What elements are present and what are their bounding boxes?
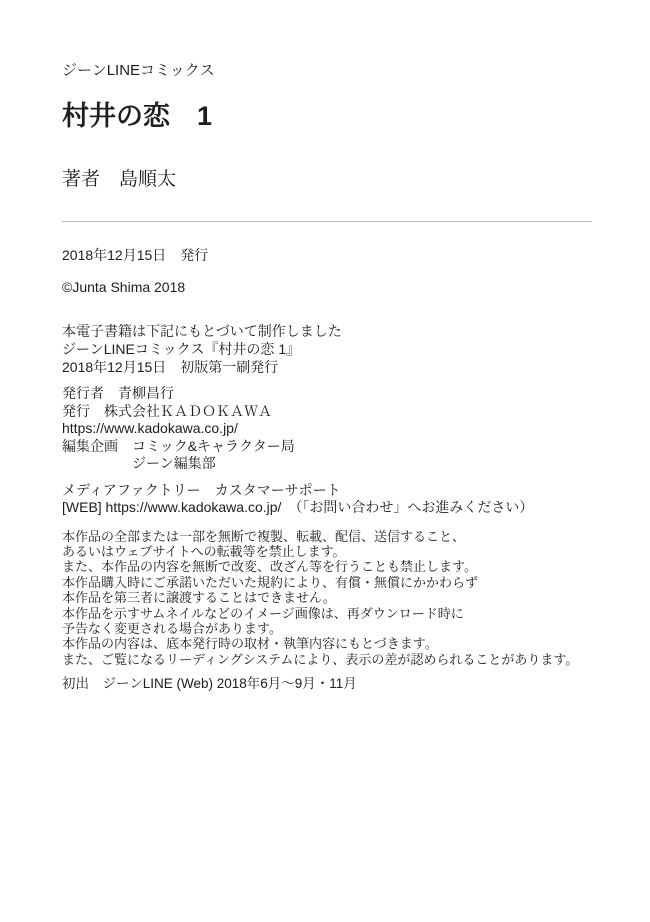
author-line: 著者 島順太 [62,168,592,191]
copyright-notice: ©Junta Shima 2018 [62,278,592,296]
colophon-page: ジーンLINEコミックス 村井の恋 1 著者 島順太 2018年12月15日 発… [0,0,650,922]
publisher-line: 発行 株式会社ＫＡＤＯＫＡＷＡ [62,403,592,421]
legal-line: 本作品を示すサムネイルなどのイメージ画像は、再ダウンロード時に [62,606,592,621]
legal-line: 本作品の内容は、底本発行時の取材・執筆内容にもとづきます。 [62,636,592,651]
first-publication-line: 初出 ジーンLINE (Web) 2018年6月～9月・11月 [62,675,592,692]
publisher-line: 編集企画 コミック&キャラクター局 [62,438,592,456]
publisher-line: 発行者 青柳昌行 [62,385,592,403]
production-note-line: 本電子書籍は下記にもとづいて制作しました [62,322,592,340]
legal-line: 本作品の全部または一部を無断で複製、転載、配信、送信すること、 [62,529,592,544]
legal-line: 本作品を第三者に譲渡することはできません。 [62,590,592,605]
book-title: 村井の恋 1 [62,99,592,133]
support-info: メディアファクトリー カスタマーサポート [WEB] https://www.k… [62,482,592,517]
divider-rule [62,221,592,222]
publisher-info: 発行者 青柳昌行 発行 株式会社ＫＡＤＯＫＡＷＡ https://www.kad… [62,385,592,473]
publisher-url: https://www.kadokawa.co.jp/ [62,420,592,438]
production-note-line: 2018年12月15日 初版第一刷発行 [62,358,592,376]
publication-date: 2018年12月15日 発行 [62,246,592,264]
production-note-line: ジーンLINEコミックス『村井の恋 1』 [62,340,592,358]
production-note: 本電子書籍は下記にもとづいて制作しました ジーンLINEコミックス『村井の恋 1… [62,322,592,376]
publisher-line: ジーン編集部 [62,455,592,473]
legal-line: また、ご覧になるリーディングシステムにより、表示の差が認められることがあります。 [62,652,592,667]
legal-line: また、本作品の内容を無断で改変、改ざん等を行うことも禁止します。 [62,559,592,574]
imprint-label: ジーンLINEコミックス [62,62,592,79]
support-line: メディアファクトリー カスタマーサポート [62,482,592,500]
legal-notice: 本作品の全部または一部を無断で複製、転載、配信、送信すること、 あるいはウェブサ… [62,529,592,668]
legal-line: あるいはウェブサイトへの転載等を禁止します。 [62,544,592,559]
legal-line: 予告なく変更される場合があります。 [62,621,592,636]
legal-line: 本作品購入時にご承諾いただいた規約により、有償・無償にかかわらず [62,575,592,590]
support-url-line: [WEB] https://www.kadokawa.co.jp/ （「お問い合… [62,499,592,517]
